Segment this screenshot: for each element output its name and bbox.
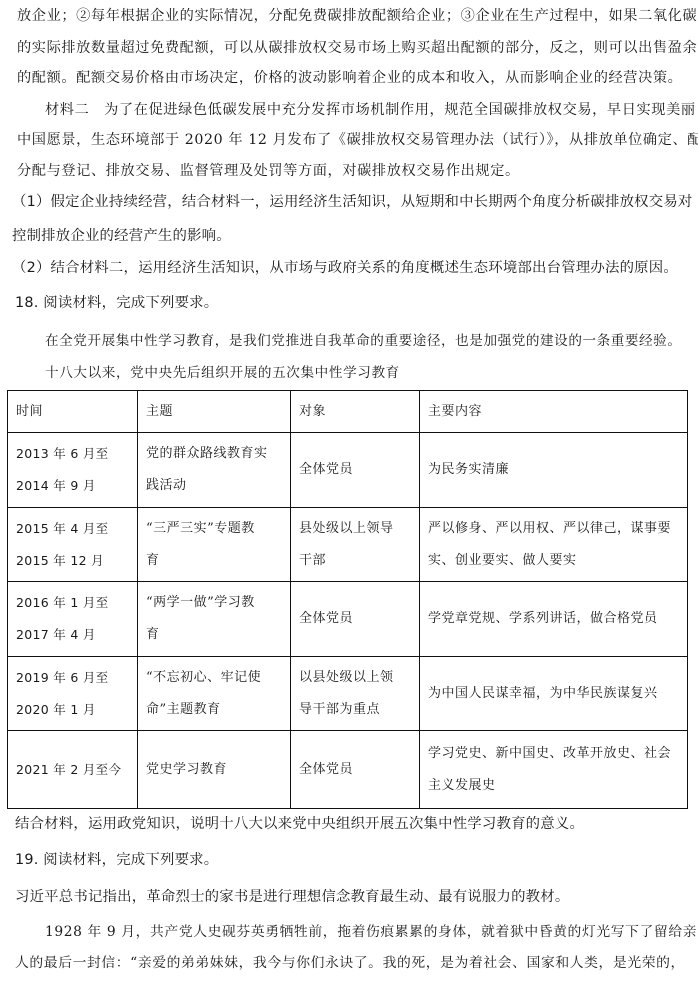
table-row: 2019 年 6 月至2020 年 1 月 “不忘初心、牢记使命”主题教育 以县… [8, 657, 688, 731]
table-row: 2016 年 1 月至2017 年 4 月 “两学一做”学习教育 全体党员 学党… [8, 582, 688, 657]
q19-passage-line-2: 人的最后一封信：“亲爱的弟弟妹妹，我今与你们永诀了。我的死，是为着社会、国家和人… [15, 953, 685, 973]
cell-theme: “不忘初心、牢记使命”主题教育 [138, 657, 291, 731]
cell-time: 2021 年 2 月至今 [8, 731, 138, 809]
header-theme: 主题 [138, 391, 291, 433]
cell-content: 学党章党规、学系列讲话，做合格党员 [420, 582, 688, 657]
header-target: 对象 [291, 391, 420, 433]
cell-content: 为中国人民谋幸福，为中华民族谋复兴 [420, 657, 688, 731]
table-row: 2013 年 6 月至2014 年 9 月 党的群众路线教育实践活动 全体党员 … [8, 433, 688, 508]
q19-intro: 习近平总书记指出，革命烈士的家书是进行理想信念教育最生动、最有说服力的教材。 [15, 887, 569, 907]
material-one-line-1: 放企业；②每年根据企业的实际情况，分配免费碳排放配额给企业；③企业在生产过程中，… [17, 6, 697, 26]
cell-theme: “三严三实”专题教育 [138, 508, 291, 582]
cell-content: 严以修身、严以用权、严以律己，谋事要实、创业要实、做人要实 [420, 508, 688, 582]
education-table: 时间 主题 对象 主要内容 2013 年 6 月至2014 年 9 月 党的群众… [7, 390, 688, 809]
material-one-line-3: 的配额。配额交易价格由市场决定，价格的波动影响着企业的成本和收入，从而影响企业的… [17, 68, 682, 88]
cell-target: 全体党员 [291, 731, 420, 809]
q18-intro: 在全党开展集中性学习教育，是我们党推进自我革命的重要途径，也是加强党的建设的一条… [45, 331, 681, 351]
q18-table-caption: 十八大以来，党中央先后组织开展的五次集中性学习教育 [45, 363, 400, 383]
cell-time: 2016 年 1 月至2017 年 4 月 [8, 582, 138, 657]
cell-time: 2015 年 4 月至2015 年 12 月 [8, 508, 138, 582]
cell-theme: 党史学习教育 [138, 731, 291, 809]
header-time: 时间 [8, 391, 138, 433]
header-content: 主要内容 [420, 391, 688, 433]
cell-content: 学习党史、新中国史、改革开放史、社会主义发展史 [420, 731, 688, 809]
cell-content: 为民务实清廉 [420, 433, 688, 508]
cell-theme: 党的群众路线教育实践活动 [138, 433, 291, 508]
q17-sub2: （2）结合材料二，运用经济生活知识，从市场与政府关系的角度概述生态环境部出台管理… [12, 258, 678, 278]
cell-theme: “两学一做”学习教育 [138, 582, 291, 657]
material-two-line-1: 材料二 为了在促进绿色低碳发展中充分发挥市场机制作用，规范全国碳排放权交易，早日… [45, 100, 696, 120]
table-row: 2021 年 2 月至今 党史学习教育 全体党员 学习党史、新中国史、改革开放史… [8, 731, 688, 809]
cell-time: 2019 年 6 月至2020 年 1 月 [8, 657, 138, 731]
cell-target: 以县处级以上领导干部为重点 [291, 657, 420, 731]
material-one-line-2: 的实际排放数量超过免费配额，可以从碳排放权交易市场上购买超出配额的部分，反之，则… [17, 38, 697, 58]
q17-sub1-line-1: （1）假定企业持续经营，结合材料一，运用经济生活知识，从短期和中长期两个角度分析… [12, 192, 693, 212]
material-two-line-3: 分配与登记、排放交易、监督管理及处罚等方面，对碳排放权交易作出规定。 [17, 161, 520, 181]
cell-time: 2013 年 6 月至2014 年 9 月 [8, 433, 138, 508]
q19-passage-line-1: 1928 年 9 月，共产党人史砚芬英勇牺牲前，拖着伤痕累累的身体，就着狱中昏黄… [45, 922, 697, 942]
material-two-line-2: 中国愿景，生态环境部于 2020 年 12 月发布了《碳排放权交易管理办法（试行… [17, 130, 698, 150]
cell-target: 全体党员 [291, 433, 420, 508]
cell-target: 县处级以上领导干部 [291, 508, 420, 582]
q19-title: 19. 阅读材料，完成下列要求。 [15, 850, 218, 870]
table-header-row: 时间 主题 对象 主要内容 [8, 391, 688, 433]
q18-question: 结合材料，运用政党知识，说明十八大以来党中央组织开展五次集中性学习教育的意义。 [15, 814, 584, 834]
cell-target: 全体党员 [291, 582, 420, 657]
q18-title: 18. 阅读材料，完成下列要求。 [15, 293, 218, 313]
q17-sub1-line-2: 控制排放企业的经营产生的影响。 [12, 226, 231, 246]
table-row: 2015 年 4 月至2015 年 12 月 “三严三实”专题教育 县处级以上领… [8, 508, 688, 582]
